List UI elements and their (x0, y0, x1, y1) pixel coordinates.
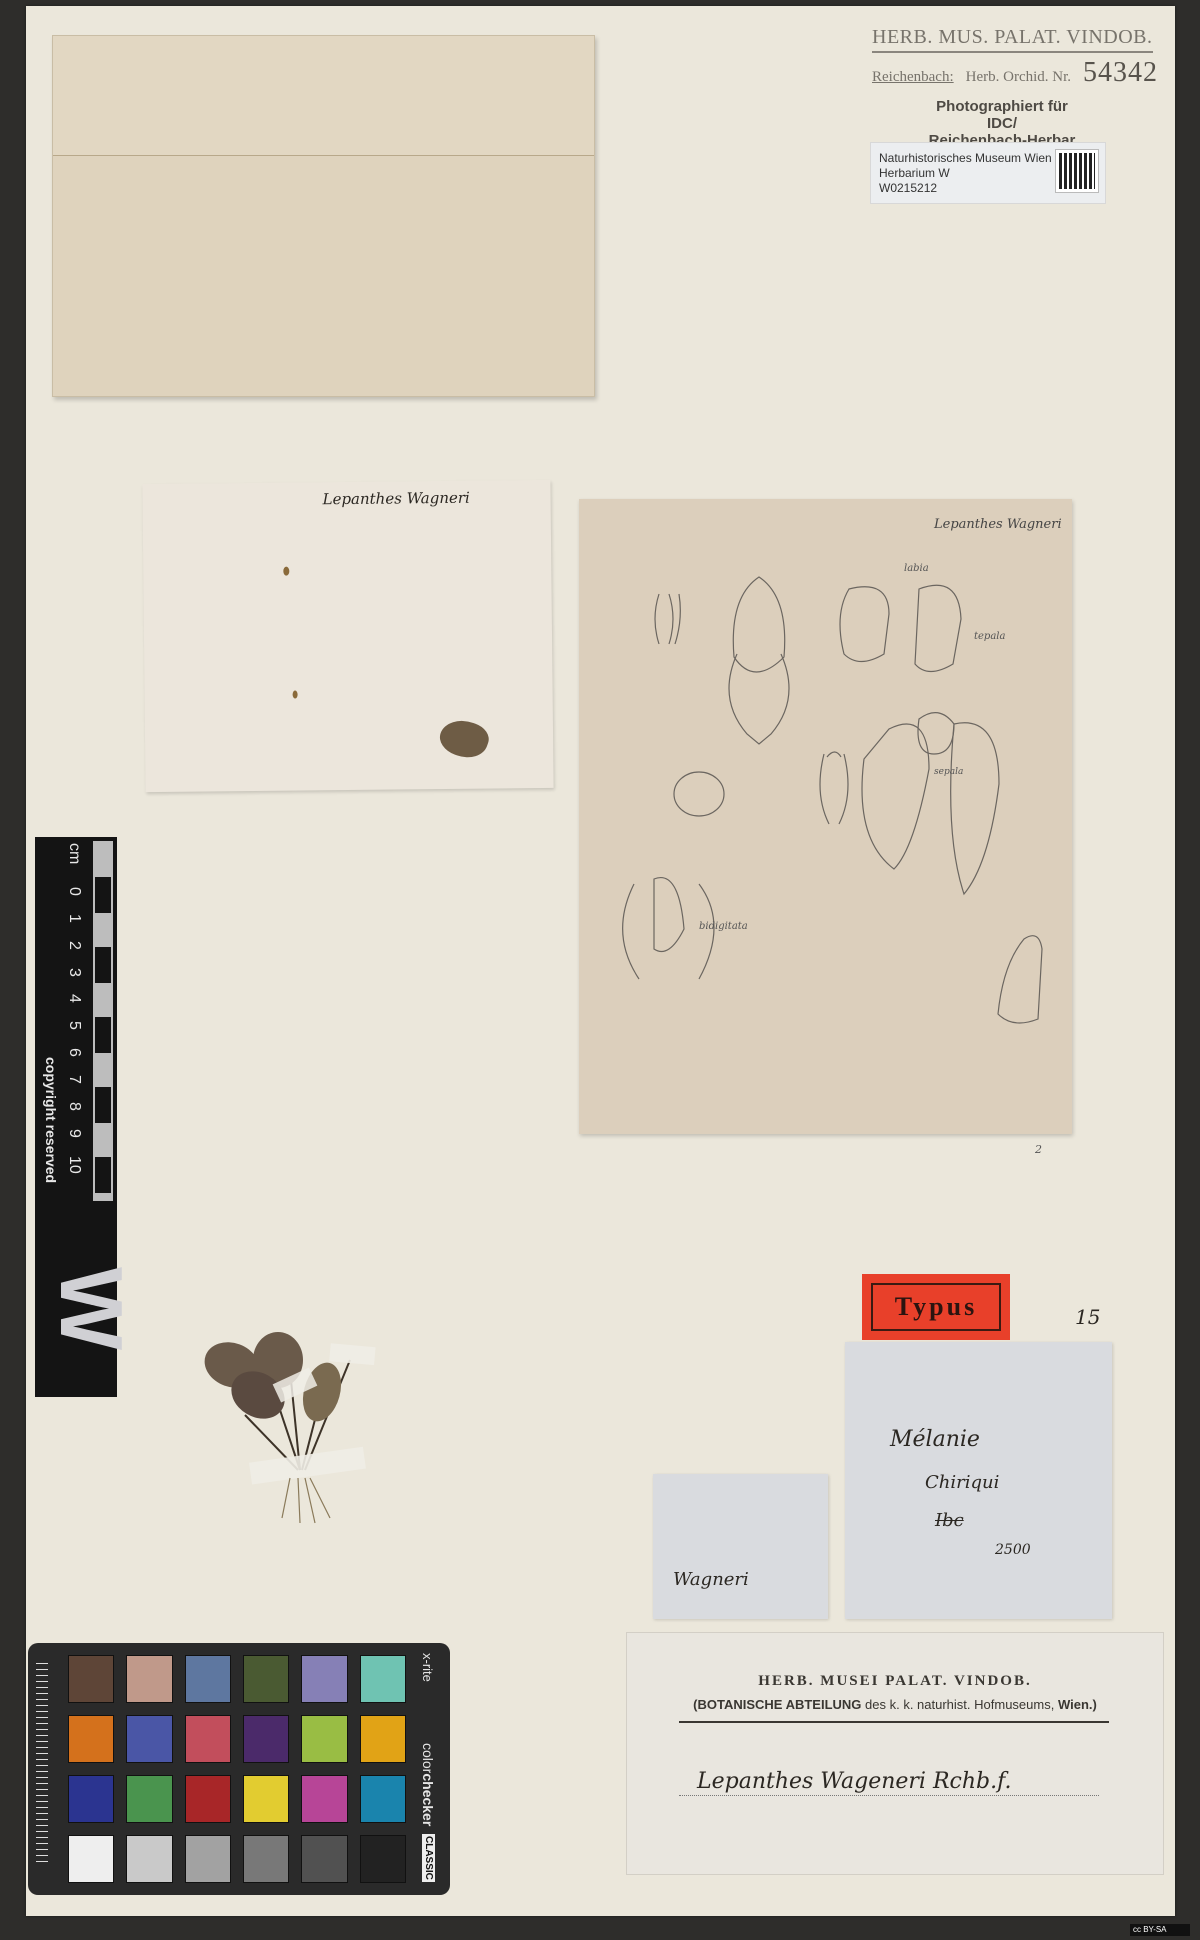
color-patch (243, 1655, 289, 1703)
species-dotted-line (679, 1795, 1099, 1796)
xrite-brand: x-rite (420, 1653, 435, 1682)
color-patch (360, 1655, 406, 1703)
accession-number: 54342 (1083, 57, 1158, 89)
seed-speck (293, 691, 298, 699)
herbarium-stamp-subtitle: Herb. Orchid. Nr. (966, 69, 1071, 86)
color-patch (68, 1655, 114, 1703)
color-patch (126, 1715, 172, 1763)
svg-text:bidigitata: bidigitata (699, 921, 748, 932)
seed-paper-title: Lepanthes Wagneri (322, 489, 469, 509)
color-patch (126, 1775, 172, 1823)
locality-elevation: 2500 (995, 1542, 1031, 1558)
color-patch (68, 1715, 114, 1763)
museum-label-title: HERB. MUSEI PALAT. VINDOB. (627, 1673, 1163, 1690)
museum-label-rule (679, 1721, 1109, 1723)
color-patch (301, 1655, 347, 1703)
collector-label: Wagneri (653, 1474, 828, 1619)
color-patch (301, 1775, 347, 1823)
barcode-label: Naturhistorisches Museum Wien Herbarium … (870, 142, 1106, 204)
ruler-scale-bar (93, 841, 113, 1201)
detached-leaf (435, 714, 492, 764)
color-patch (243, 1715, 289, 1763)
locality-line-1: Mélanie (890, 1427, 980, 1452)
color-patch (360, 1775, 406, 1823)
color-patch (185, 1655, 231, 1703)
herbarium-stamp: HERB. MUS. PALAT. VINDOB. Reichenbach: H… (872, 26, 1192, 89)
locality-line-3: Ibc (935, 1510, 964, 1531)
color-patch (68, 1775, 114, 1823)
color-patch (126, 1835, 172, 1883)
color-patch (185, 1715, 231, 1763)
species-name: Lepanthes Wageneri Rchb.f. (697, 1769, 1011, 1794)
color-patch (301, 1715, 347, 1763)
color-patch (68, 1835, 114, 1883)
svg-text:sepala: sepala (934, 767, 963, 777)
copyright-notice: copyright reserved (43, 1057, 59, 1183)
color-patch (185, 1775, 231, 1823)
orchid-sketch-drawings: labia tepala sepala bidigitata (579, 499, 1072, 1134)
color-patch (360, 1835, 406, 1883)
color-patch (185, 1835, 231, 1883)
color-patch (126, 1655, 172, 1703)
botanical-sketch-sheet: labia tepala sepala bidigitata Lepanthes… (579, 499, 1072, 1134)
colorchecker-product: colorchecker CLASSIC (420, 1743, 436, 1882)
museum-label-subtitle: (BOTANISCHE ABTEILUNG des k. k. naturhis… (627, 1697, 1163, 1712)
svg-text:tepala: tepala (974, 631, 1005, 642)
herbarium-w-logo: W (47, 1267, 135, 1350)
color-patch (243, 1835, 289, 1883)
handwritten-number: 15 (1075, 1305, 1100, 1329)
pressed-plant-specimen (190, 1320, 400, 1540)
color-patch (360, 1715, 406, 1763)
license-badge[interactable]: cc BY-SA (1130, 1924, 1190, 1936)
herbarium-stamp-source: Reichenbach: (872, 69, 954, 86)
sketch-page-number: 2 (1035, 1143, 1042, 1156)
qr-code-icon[interactable] (1055, 149, 1099, 193)
envelope-flap (53, 36, 594, 156)
svg-text:labia: labia (904, 563, 929, 574)
typus-text: Typus (871, 1283, 1001, 1331)
typus-label: Typus (862, 1274, 1010, 1340)
locality-label: Mélanie Chiriqui Ibc 2500 (845, 1342, 1112, 1619)
seed-paper: Lepanthes Wagneri (142, 480, 553, 792)
collector-name: Wagneri (673, 1569, 749, 1590)
color-checker-card: x-rite colorchecker CLASSIC (28, 1643, 450, 1895)
museum-determination-label: HERB. MUSEI PALAT. VINDOB. (BOTANISCHE A… (626, 1632, 1164, 1875)
scale-ruler: cm 012345678910 copyright reserved W (35, 837, 117, 1397)
seed-speck (283, 567, 289, 576)
color-patch-grid (68, 1655, 406, 1883)
color-patch (301, 1835, 347, 1883)
locality-line-2: Chiriqui (925, 1472, 999, 1493)
photo-stamp-line1: Photographiert für IDC/ (922, 98, 1082, 132)
specimen-envelope (52, 35, 595, 397)
herbarium-stamp-title: HERB. MUS. PALAT. VINDOB. (872, 26, 1153, 53)
sketch-title: Lepanthes Wagneri (934, 517, 1062, 532)
checker-mm-ruler (36, 1663, 48, 1863)
color-patch (243, 1775, 289, 1823)
